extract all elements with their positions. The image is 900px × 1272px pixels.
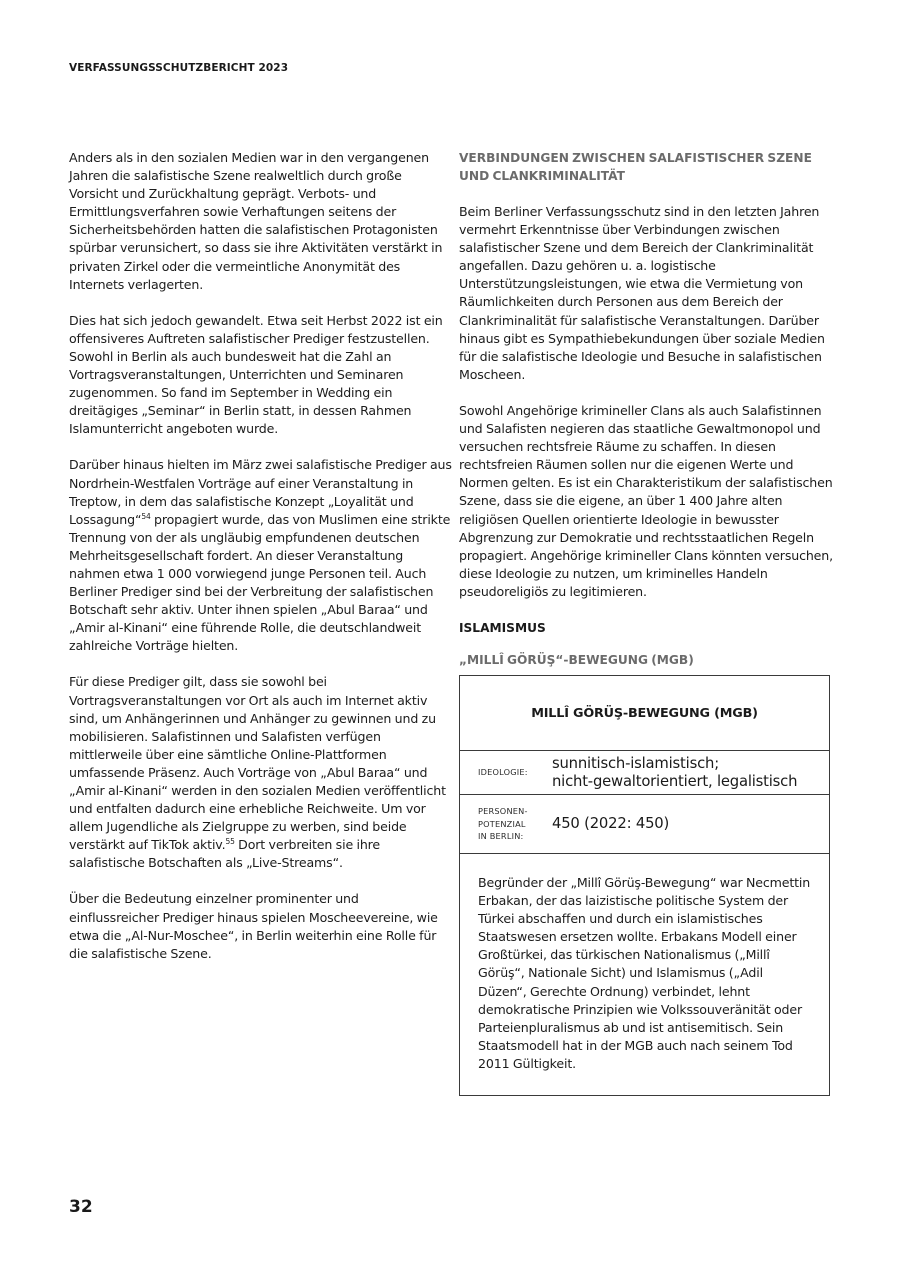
footnote-ref[interactable]: 54 bbox=[141, 512, 150, 521]
info-box-title: MILLÎ GÖRÜŞ-BEWEGUNG (MGB) bbox=[460, 676, 829, 751]
running-header: VERFASSUNGSSCHUTZBERICHT 2023 bbox=[69, 62, 288, 74]
footnote-ref[interactable]: 55 bbox=[225, 837, 234, 846]
info-box: MILLÎ GÖRÜŞ-BEWEGUNG (MGB) IDEOLOGIE: su… bbox=[459, 675, 830, 1096]
right-column: VERBINDUNGEN ZWISCHEN SALAFISTISCHER SZE… bbox=[459, 149, 839, 701]
row-value: sunnitisch-islamistisch; nicht-gewaltori… bbox=[538, 755, 829, 790]
row-value: 450 (2022: 450) bbox=[538, 815, 829, 833]
paragraph-text: Für diese Prediger gilt, dass sie sowohl… bbox=[69, 674, 446, 852]
paragraph: Beim Berliner Verfassungsschutz sind in … bbox=[459, 203, 839, 384]
left-column: Anders als in den sozialen Medien war in… bbox=[69, 149, 452, 981]
paragraph: Dies hat sich jedoch gewandelt. Etwa sei… bbox=[69, 312, 452, 439]
section-heading: ISLAMISMUS bbox=[459, 619, 839, 637]
row-label: IDEOLOGIE: bbox=[460, 766, 538, 779]
info-row-potential: PERSONEN- POTENZIAL IN BERLIN: 450 (2022… bbox=[460, 795, 829, 854]
paragraph: Darüber hinaus hielten im März zwei sala… bbox=[69, 456, 452, 655]
info-row-ideology: IDEOLOGIE: sunnitisch-islamistisch; nich… bbox=[460, 751, 829, 795]
paragraph: Für diese Prediger gilt, dass sie sowohl… bbox=[69, 673, 452, 872]
paragraph: Sowohl Angehörige krimineller Clans als … bbox=[459, 402, 839, 601]
page-number: 32 bbox=[69, 1197, 93, 1217]
topic-heading: „MILLÎ GÖRÜŞ“-BEWEGUNG (MGB) bbox=[459, 651, 839, 669]
paragraph: Über die Bedeutung einzelner prominenter… bbox=[69, 890, 452, 962]
paragraph: Anders als in den sozialen Medien war in… bbox=[69, 149, 452, 294]
info-box-description: Begründer der „Millî Görüş-Bewegung“ war… bbox=[460, 854, 829, 1095]
subheading: VERBINDUNGEN ZWISCHEN SALAFISTISCHER SZE… bbox=[459, 149, 839, 185]
paragraph-text: propagiert wurde, das von Muslimen eine … bbox=[69, 512, 450, 654]
row-label: PERSONEN- POTENZIAL IN BERLIN: bbox=[460, 805, 538, 843]
